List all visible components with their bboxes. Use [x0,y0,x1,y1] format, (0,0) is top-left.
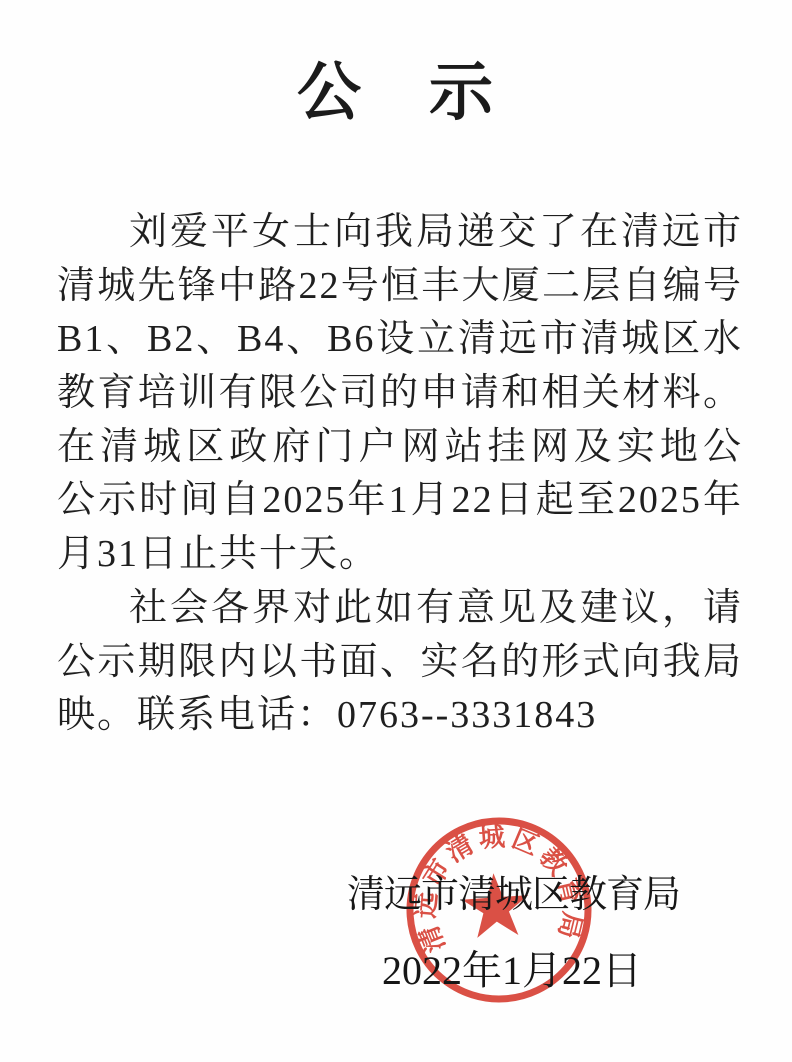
notice-page: 公 示 刘爱平女士向我局递交了在清远市 清城先锋中路22号恒丰大厦二层自编号 B… [0,0,792,1062]
issuer-signature: 清远市清城区教育局 [347,876,680,914]
notice-body: 刘爱平女士向我局递交了在清远市 清城先锋中路22号恒丰大厦二层自编号 B1、B2… [57,206,743,743]
body-line: B1、B2、B4、B6设立清远市清城区水灵子 [57,313,743,367]
body-line: 映。联系电话：0763--3331843 [57,689,743,743]
body-line: 教育培训有限公司的申请和相关材料。现 [57,367,743,421]
body-line: 清城先锋中路22号恒丰大厦二层自编号 [57,260,743,314]
body-line: 月31日止共十天。 [57,528,743,582]
body-line: 公示期限内以书面、实名的形式向我局反 [57,636,743,690]
body-line: 刘爱平女士向我局递交了在清远市 [57,206,743,260]
body-line: 社会各界对此如有意见及建议，请在 [57,582,743,636]
page-title: 公 示 [0,58,792,128]
body-line: 公示时间自2025年1月22日起至2025年1 [57,474,743,528]
issue-date: 2022年1月22日 [382,951,642,991]
body-line: 在清城区政府门户网站挂网及实地公示， [57,421,743,475]
